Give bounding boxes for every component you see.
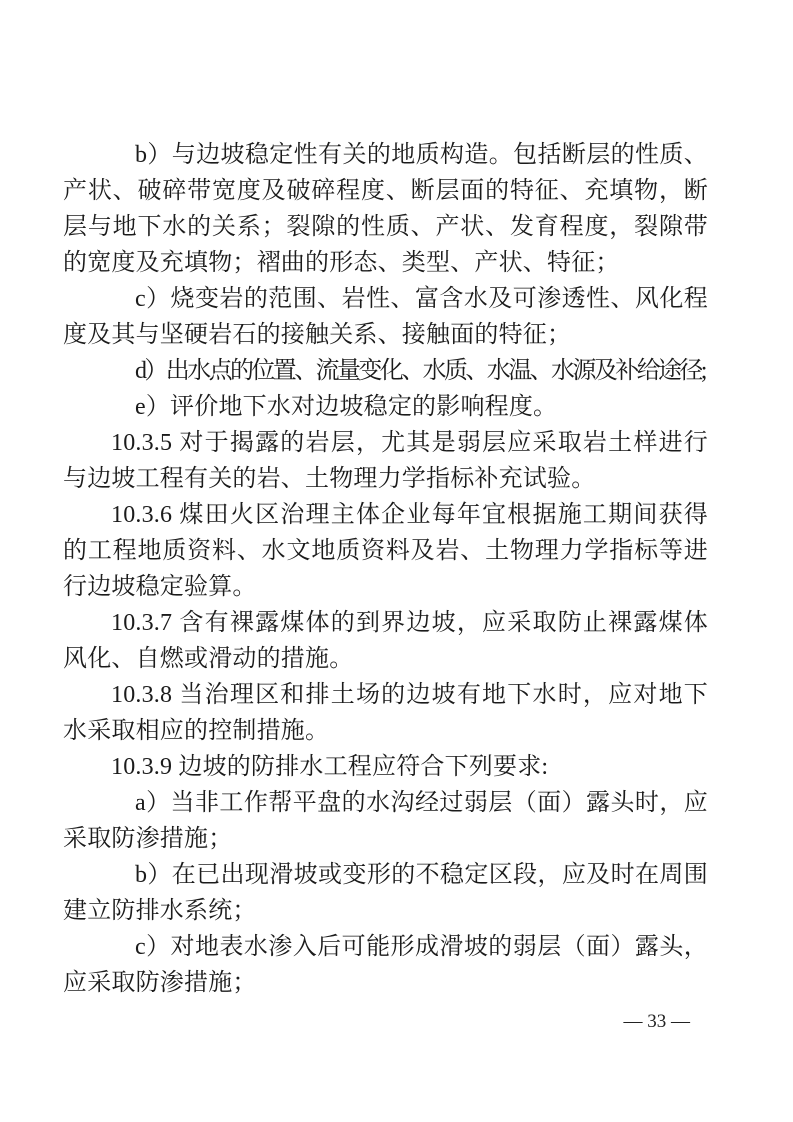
paragraph-letter-item: c）对地表水渗入后可能形成滑坡的弱层（面）露头，应采取防渗措施； (63, 929, 708, 1001)
paragraph-clause: 10.3.9 边坡的防排水工程应符合下列要求: (63, 749, 708, 785)
paragraph-letter-item: d）出水点的位置、流量变化、水质、水温、水源及补给途径; (63, 353, 708, 389)
document-page: b）与边坡稳定性有关的地质构造。包括断层的性质、产状、破碎带宽度及破碎程度、断层… (0, 0, 793, 1122)
paragraph-clause: 10.3.6 煤田火区治理主体企业每年宜根据施工期间获得的工程地质资料、水文地质… (63, 497, 708, 605)
page-number: — 33 — (624, 1011, 691, 1032)
paragraph-clause: 10.3.5 对于揭露的岩层，尤其是弱层应采取岩土样进行与边坡工程有关的岩、土物… (63, 425, 708, 497)
paragraph-letter-item: b）在已出现滑坡或变形的不稳定区段，应及时在周围建立防排水系统； (63, 857, 708, 929)
paragraph-clause: 10.3.8 当治理区和排土场的边坡有地下水时，应对地下水采取相应的控制措施。 (63, 677, 708, 749)
paragraph-letter-item: c）烧变岩的范围、岩性、富含水及可渗透性、风化程度及其与坚硬岩石的接触关系、接触… (63, 281, 708, 353)
document-body: b）与边坡稳定性有关的地质构造。包括断层的性质、产状、破碎带宽度及破碎程度、断层… (63, 137, 708, 1001)
paragraph-letter-item: a）当非工作帮平盘的水沟经过弱层（面）露头时，应采取防渗措施； (63, 785, 708, 857)
paragraph-clause: 10.3.7 含有裸露煤体的到界边坡，应采取防止裸露煤体风化、自燃或滑动的措施。 (63, 605, 708, 677)
paragraph-letter-item: e）评价地下水对边坡稳定的影响程度。 (63, 389, 708, 425)
page-footer: — 33 — (624, 1008, 691, 1036)
paragraph-letter-item: b）与边坡稳定性有关的地质构造。包括断层的性质、产状、破碎带宽度及破碎程度、断层… (63, 137, 708, 281)
